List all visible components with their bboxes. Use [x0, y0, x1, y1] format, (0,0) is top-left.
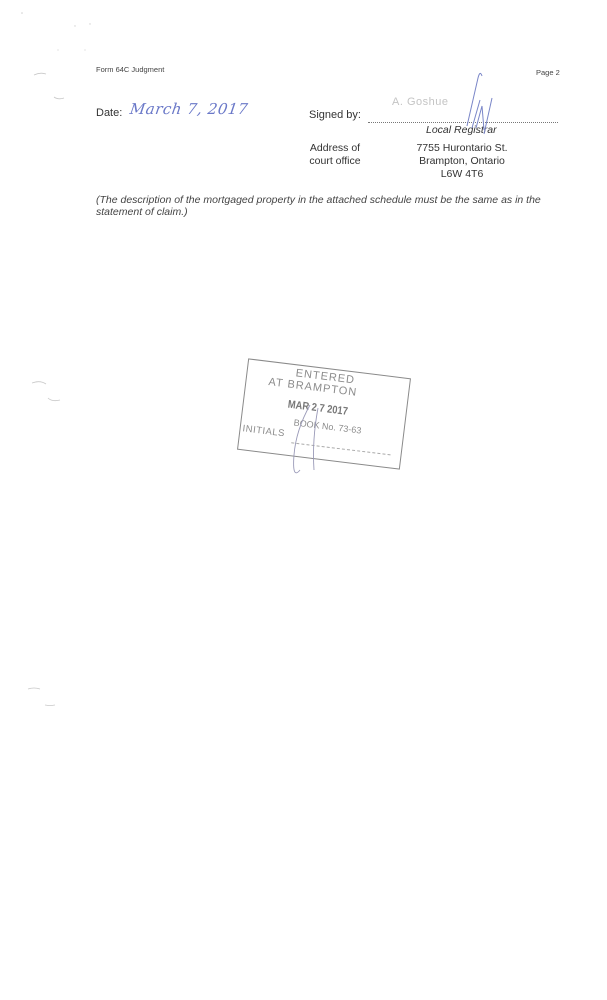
date-label: Date:	[96, 107, 122, 119]
entered-stamp: ENTERED AT BRAMPTON MAR 2 7 2017 BOOK No…	[237, 358, 411, 469]
stamp-initials-line	[291, 442, 390, 455]
registrar-name: A. Goshue	[392, 96, 448, 108]
address-postal: L6W 4T6	[400, 168, 524, 181]
address-city: Brampton, Ontario	[400, 155, 524, 168]
address-label-line: Address of	[306, 142, 364, 155]
handwritten-date: March 7, 2017	[129, 100, 250, 118]
property-description-note: (The description of the mortgaged proper…	[96, 194, 556, 218]
address-label: Address of court office	[306, 142, 364, 168]
signature-line	[368, 122, 558, 123]
margin-marks-icon	[28, 73, 64, 705]
registrar-title: Local Registrar	[426, 124, 497, 136]
signed-by-label: Signed by:	[309, 109, 361, 121]
form-title: Form 64C Judgment	[96, 65, 164, 74]
scan-speckles-icon	[21, 12, 91, 50]
address-street: 7755 Hurontario St.	[400, 142, 524, 155]
address-label-line: court office	[306, 155, 364, 168]
stamp-book-number: BOOK No. 73-63	[293, 417, 362, 435]
stamp-initials-label: INITIALS	[242, 423, 286, 439]
page-number: Page 2	[536, 68, 560, 77]
court-address: 7755 Hurontario St. Brampton, Ontario L6…	[400, 142, 524, 181]
stamp-date: MAR 2 7 2017	[287, 399, 348, 418]
